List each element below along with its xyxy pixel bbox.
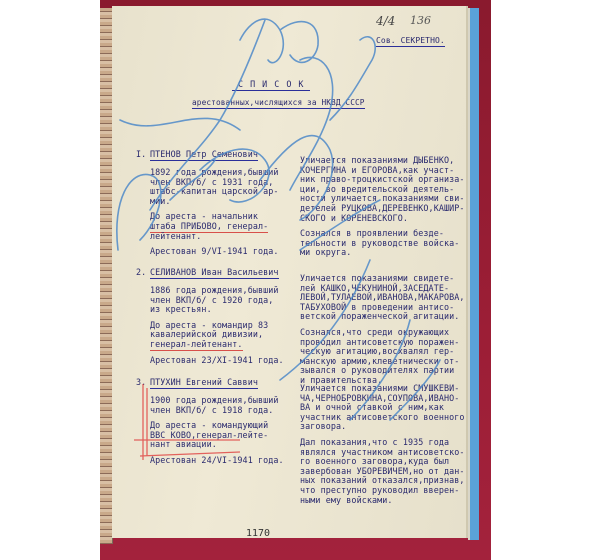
page-number: 1170 <box>246 528 270 539</box>
blue-folder-edge <box>468 8 479 540</box>
entry-name: СЕЛИВАНОВ Иван Васильевич <box>150 268 279 279</box>
entry-position-line: генерал-лейтенант. <box>150 340 243 351</box>
entry-number: I. <box>136 150 146 160</box>
entry-charges-line: ветской пораженческой агитации. <box>300 312 459 322</box>
entry-charges-line: заговора. <box>300 422 346 432</box>
document-title: С П И С О К <box>232 80 310 91</box>
entry-name: ПТЕНОВ Петр Семенович <box>150 150 258 161</box>
classification-stamp: Сов. СЕКРЕТНО. <box>376 36 445 47</box>
document-subtitle: арестованных,числящихся за НКВД СССР <box>192 98 365 109</box>
entry-position-line: лейтенант. <box>150 232 201 242</box>
entry-name: ПТУХИН Евгений Саввич <box>150 378 258 389</box>
entry-confession-line: ми округа. <box>300 248 351 258</box>
entry-arrest-date: Арестован 23/XI-1941 года. <box>150 356 284 366</box>
entry-arrest-date: Арестован 9/VI-1941 года. <box>150 247 279 257</box>
entry-arrest-date: Арестован 24/VI-1941 года. <box>150 456 284 466</box>
entry-number: 2. <box>136 268 146 278</box>
entry-position-line: нант авиации. <box>150 440 217 450</box>
entry-bio-line: из крестьян. <box>150 305 212 315</box>
registry-mark: 4/4 <box>376 14 395 28</box>
entry-confession-line: ными ему войсками. <box>300 496 393 506</box>
entry-charges-line: СКОГО и КОРЕНЕВСКОГО. <box>300 214 408 224</box>
entry-bio-line: член ВКП/б/ с 1918 года. <box>150 406 273 416</box>
entry-bio-line: мии. <box>150 197 171 207</box>
entry-number: 3. <box>136 378 146 388</box>
folio-number: 136 <box>410 14 431 27</box>
